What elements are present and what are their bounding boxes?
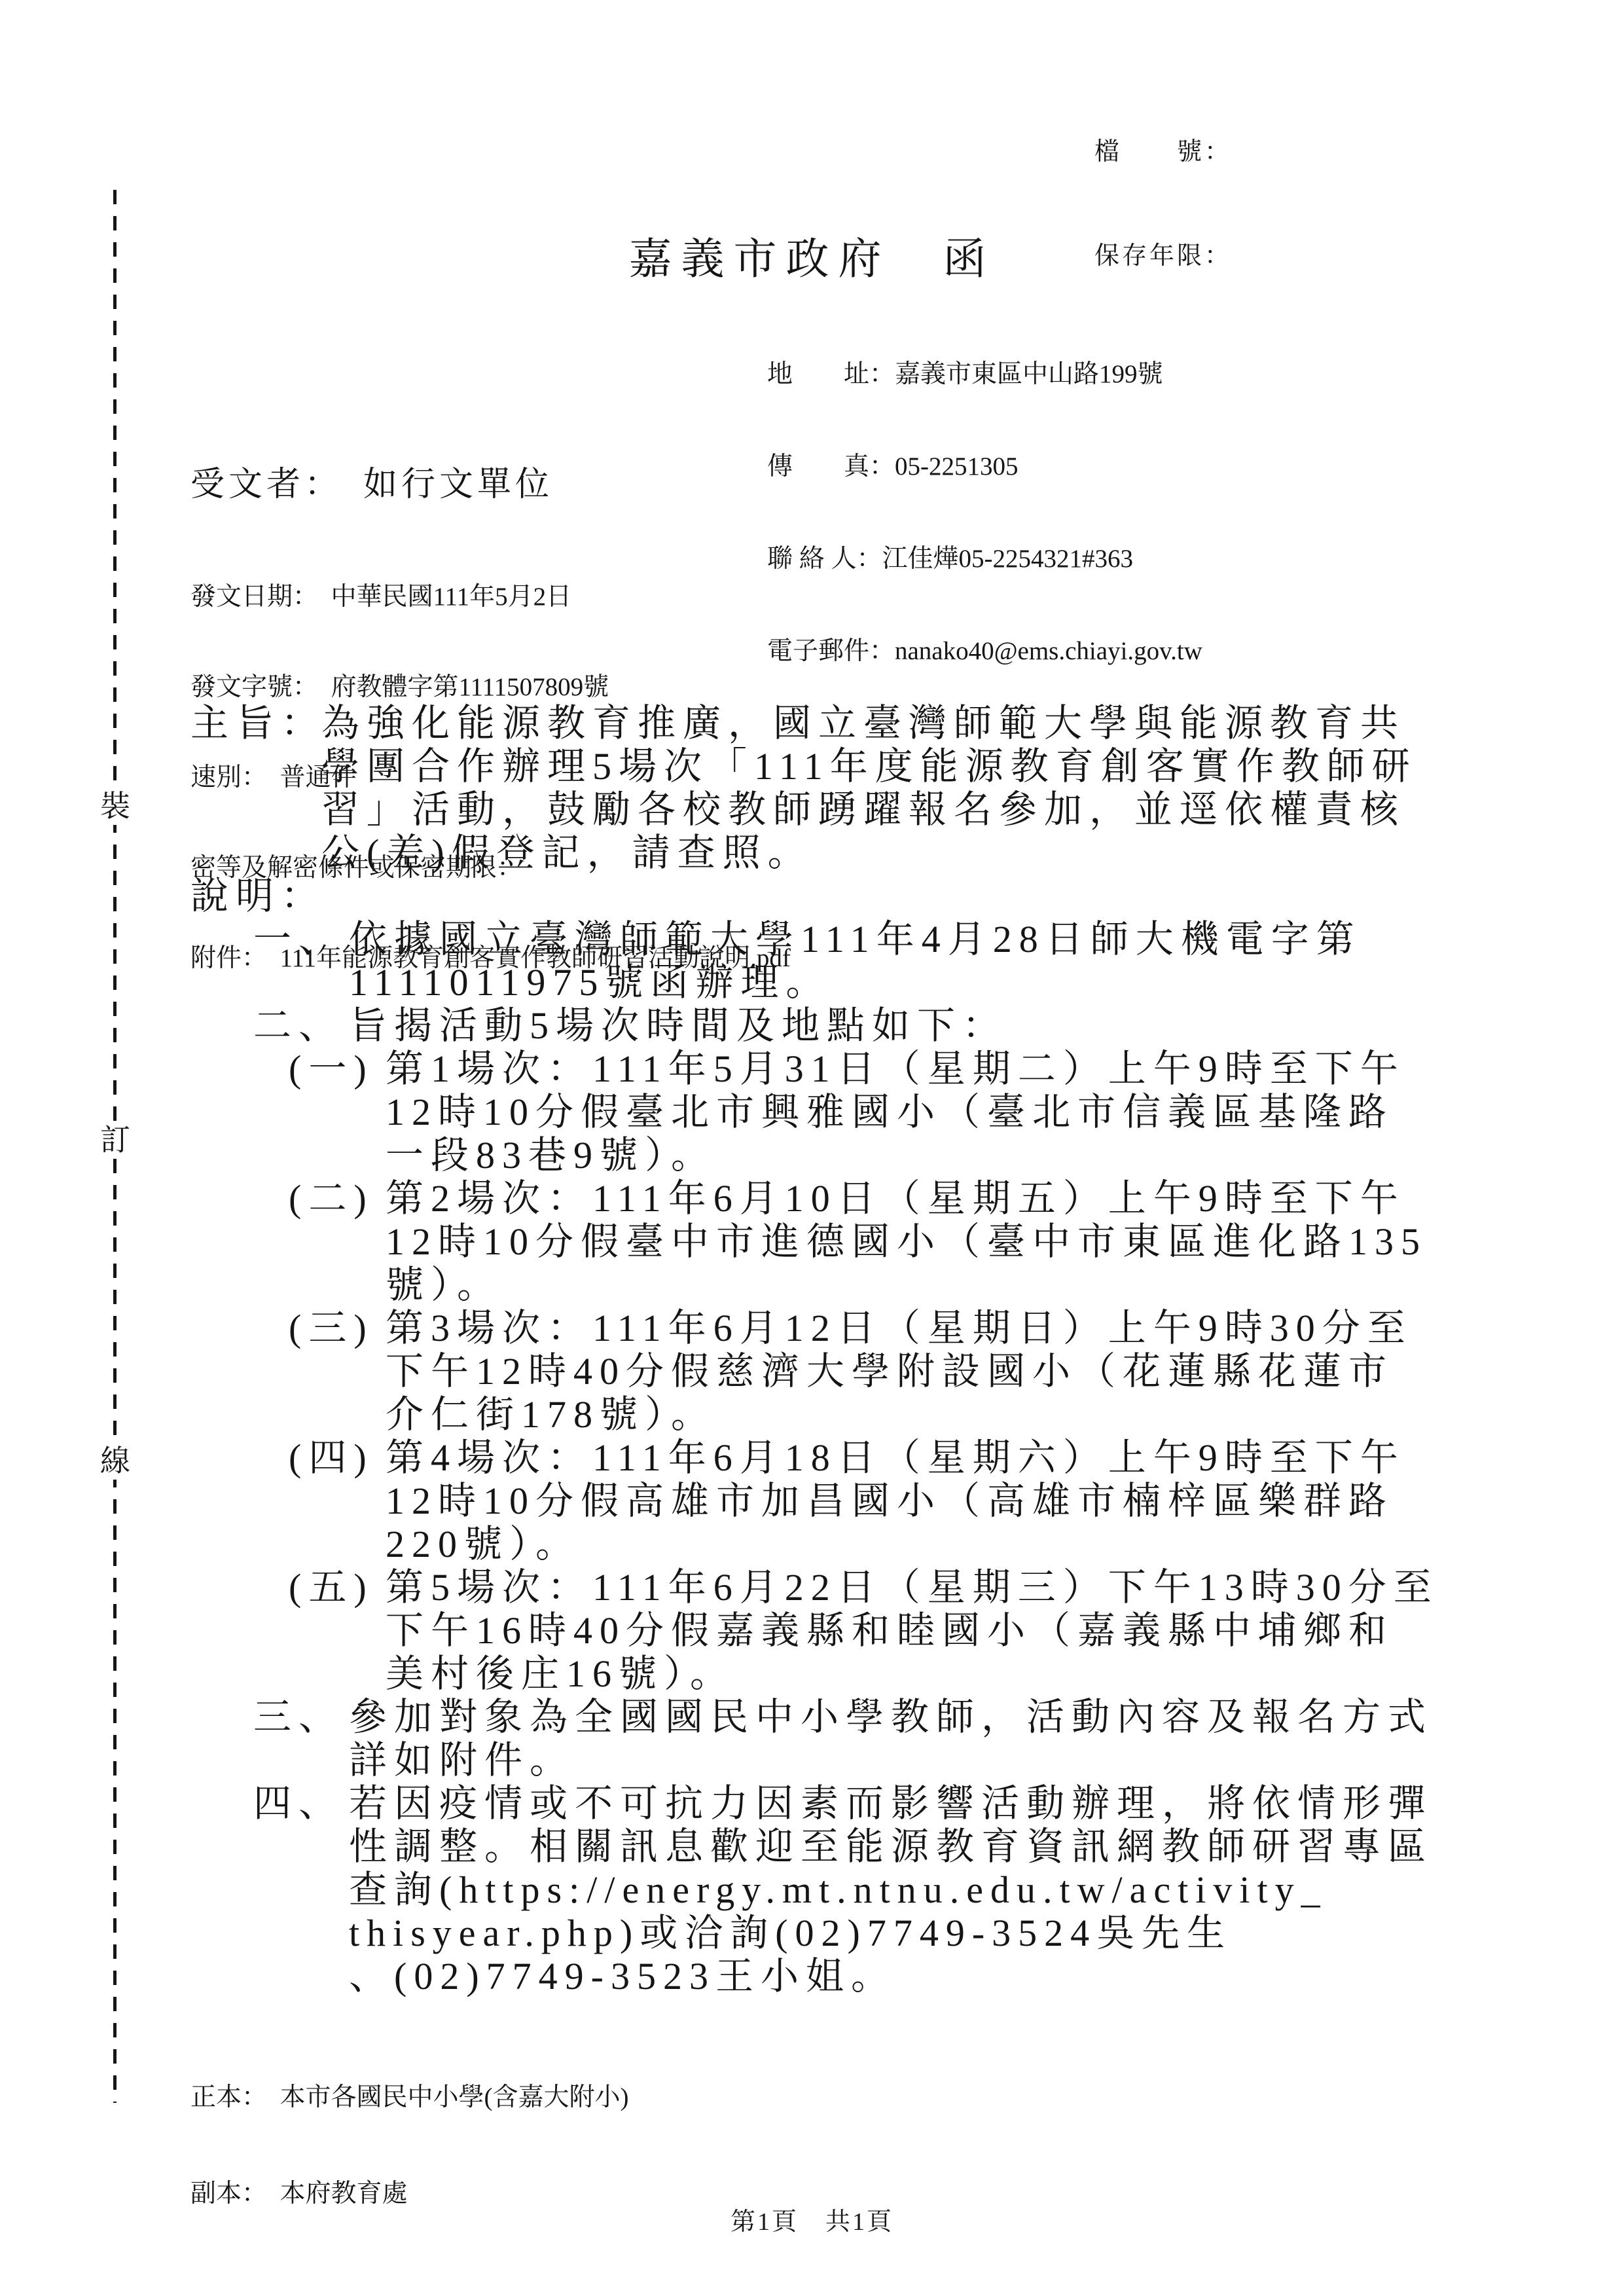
item-number: 說明：	[190, 875, 326, 918]
explanation-item-9-line: 四、若因疫情或不可抗力因素而影響活動辦理，將依情形彈	[190, 1782, 1473, 1825]
item-number: 一、	[253, 918, 344, 961]
explanation-item-6-line: 220號）。	[190, 1523, 1473, 1566]
explanation-label-line: 說明：	[190, 875, 1473, 918]
explanation-item-3-line: 一段83巷9號）。	[190, 1134, 1473, 1177]
subject-line: 習」活動，鼓勵各校教師踴躍報名參加，並逕依權責核	[190, 788, 1473, 831]
explanation-item-5-line: 下午12時40分假慈濟大學附設國小（花蓮縣花蓮市	[190, 1350, 1473, 1393]
explanation-item-3-line: 12時10分假臺北市興雅國小（臺北市信義區基隆路	[190, 1091, 1473, 1134]
explanation-item-1-line: 一、依據國立臺灣師範大學111年4月28日師大機電字第	[190, 918, 1473, 961]
explanation-item-1-line: 1111011975號函辦理。	[190, 961, 1473, 1004]
item-number: (二)	[289, 1177, 374, 1220]
explanation-item-7-line: 下午16時40分假嘉義縣和睦國小（嘉義縣中埔鄉和	[190, 1609, 1473, 1652]
explanation-item-5-line: (三)第3場次：111年6月12日（星期日）上午9時30分至	[190, 1307, 1473, 1350]
explanation-item-4-line: (二)第2場次：111年6月10日（星期五）上午9時至下午	[190, 1177, 1473, 1220]
agency-contact-line: 聯 絡 人：江佳燁05-2254321#363	[767, 543, 1202, 574]
item-number: (一)	[289, 1048, 374, 1091]
explanation-item-6-line: (四)第4場次：111年6月18日（星期六）上午9時至下午	[190, 1436, 1473, 1480]
explanation-item-5-line: 介仁街178號）。	[190, 1393, 1473, 1436]
item-number: (三)	[289, 1307, 374, 1350]
explanation-item-9-line: 、(02)7749-3523王小姐。	[190, 1955, 1473, 1998]
subject-line: 學團合作辦理5場次「111年度能源教育創客實作教師研	[190, 745, 1473, 788]
binding-mark: 裝	[97, 788, 134, 825]
explanation-item-9-line: 性調整。相關訊息歡迎至能源教育資訊網教師研習專區	[190, 1825, 1473, 1868]
explanation-item-2-line: 二、旨揭活動5場次時間及地點如下：	[190, 1004, 1473, 1048]
item-number: (四)	[289, 1436, 374, 1480]
explanation-item-7-line: 美村後庄16號）。	[190, 1652, 1473, 1696]
binding-mark: 訂	[97, 1122, 134, 1159]
subject-line: 公(差)假登記，請查照。	[190, 831, 1473, 875]
file-no-label: 檔 號：	[1094, 135, 1232, 170]
explanation-item-9-line: 查詢(https://energy.mt.ntnu.edu.tw/activit…	[190, 1868, 1473, 1912]
explanation-item-4-line: 12時10分假臺中市進德國小（臺中市東區進化路135	[190, 1220, 1473, 1264]
item-number: (五)	[289, 1566, 374, 1609]
agency-info-block: 地 址：嘉義市東區中山路199號 傳 真：05-2251305 聯 絡 人：江佳…	[767, 297, 1202, 728]
explanation-item-4-line: 號）。	[190, 1264, 1473, 1307]
document-title: 嘉義市政府 函	[0, 224, 1624, 286]
explanation-item-9-line: thisyear.php)或洽詢(02)7749-3524吳先生	[190, 1912, 1473, 1955]
official-letter-page: 裝 訂 線 檔 號： 保存年限： 嘉義市政府 函 地 址：嘉義市東區中山路199…	[0, 0, 1624, 2296]
issue-date-line: 發文日期： 中華民國111年5月2日	[190, 582, 791, 612]
item-number: 主旨：	[190, 702, 326, 745]
explanation-item-8-line: 三、參加對象為全國國民中小學教師，活動內容及報名方式	[190, 1696, 1473, 1739]
subject-line: 主旨：為強化能源教育推廣，國立臺灣師範大學與能源教育共	[190, 702, 1473, 745]
document-body: 主旨：為強化能源教育推廣，國立臺灣師範大學與能源教育共學團合作辦理5場次「111…	[190, 702, 1473, 1998]
page-number-footer: 第1頁 共1頁	[0, 2201, 1624, 2237]
item-number: 四、	[253, 1782, 344, 1825]
original-copy-line: 正本： 本市各國民中小學(含嘉大附小)	[190, 2081, 628, 2113]
explanation-item-7-line: (五)第5場次：111年6月22日（星期三）下午13時30分至	[190, 1566, 1473, 1609]
binding-mark: 線	[97, 1443, 134, 1480]
explanation-item-6-line: 12時10分假高雄市加昌國小（高雄市楠梓區樂群路	[190, 1480, 1473, 1523]
recipient-line: 受文者： 如行文單位	[190, 456, 553, 505]
item-number: 二、	[253, 1004, 344, 1048]
explanation-item-8-line: 詳如附件。	[190, 1739, 1473, 1782]
issue-number-line: 發文字號： 府教體字第1111507809號	[190, 672, 791, 702]
agency-fax-line: 傳 真：05-2251305	[767, 451, 1202, 482]
agency-address-line: 地 址：嘉義市東區中山路199號	[767, 359, 1202, 390]
explanation-item-3-line: (一)第1場次：111年5月31日（星期二）上午9時至下午	[190, 1048, 1473, 1091]
agency-email-line: 電子郵件：nanako40@ems.chiayi.gov.tw	[767, 636, 1202, 666]
item-number: 三、	[253, 1696, 344, 1739]
